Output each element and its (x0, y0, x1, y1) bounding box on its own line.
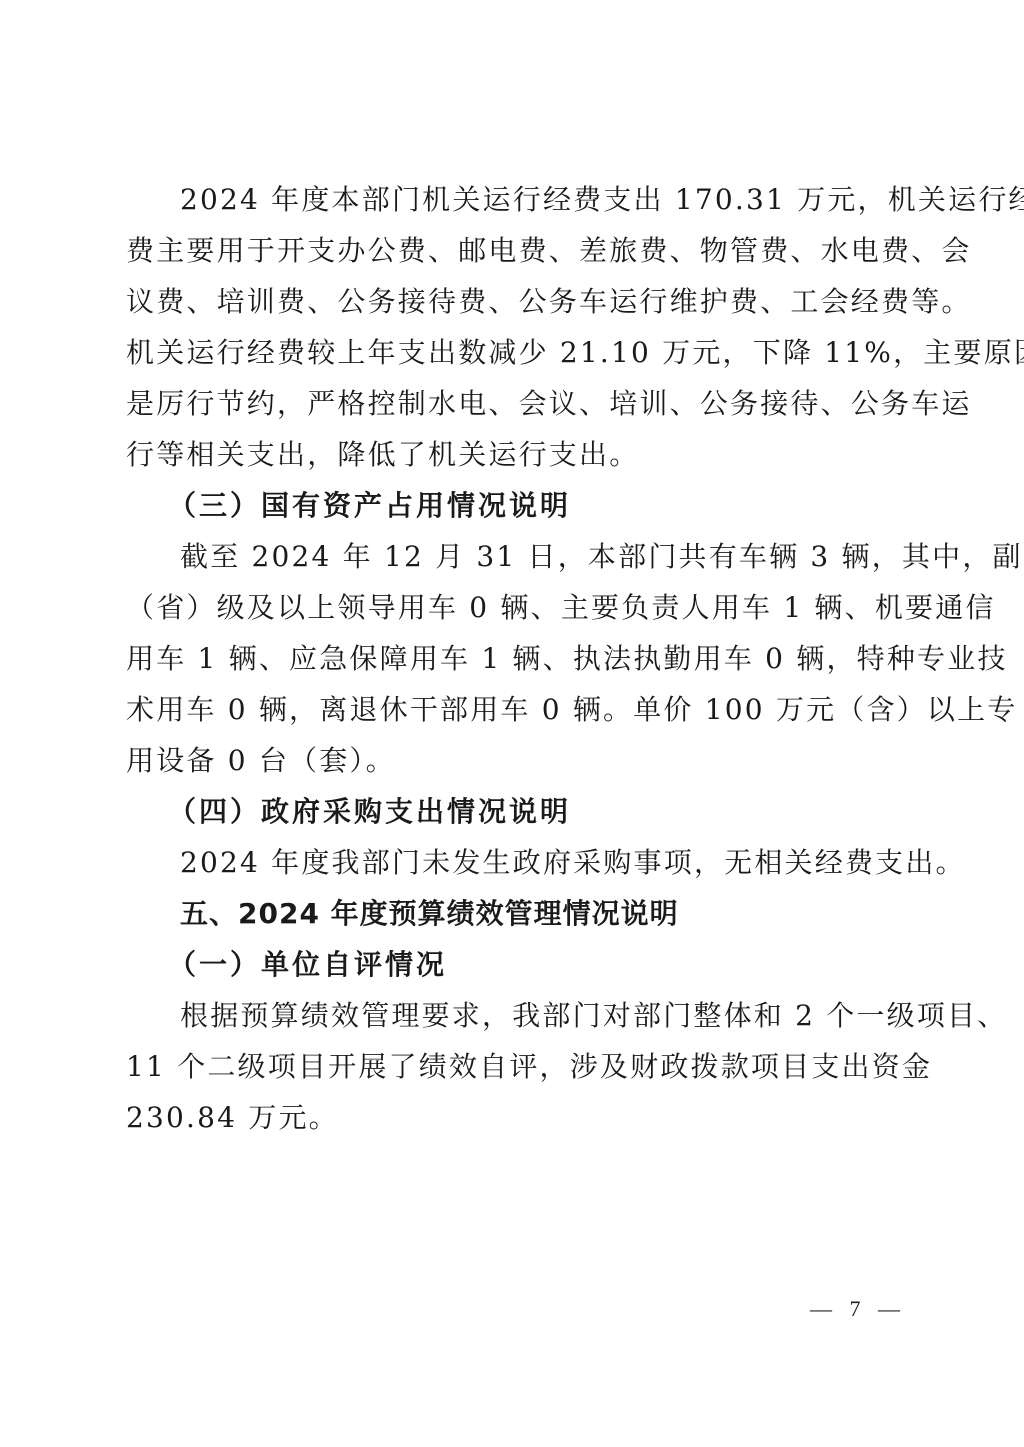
paragraph-line: 用车 1 辆、应急保障用车 1 辆、执法执勤用车 0 辆，特种专业技 (126, 639, 1008, 679)
paragraph-line: 2024 年度本部门机关运行经费支出 170.31 万元，机关运行经 (180, 180, 1024, 220)
paragraph-line: 230.84 万元。 (126, 1098, 339, 1138)
paragraph-line: 行等相关支出，降低了机关运行支出。 (126, 435, 639, 475)
paragraph-line: 截至 2024 年 12 月 31 日，本部门共有车辆 3 辆，其中，副部 (180, 537, 1024, 577)
page-number: — 7 — (810, 1296, 906, 1322)
paragraph-line: 议费、培训费、公务接待费、公务车运行维护费、工会经费等。 (126, 282, 972, 322)
paragraph-line: 机关运行经费较上年支出数减少 21.10 万元，下降 11%，主要原因 (126, 333, 1024, 373)
sub-heading-self-evaluation: （一）单位自评情况 (168, 945, 447, 985)
paragraph-line: 是厉行节约，严格控制水电、会议、培训、公务接待、公务车运 (126, 384, 972, 424)
paragraph-line: 2024 年度我部门未发生政府采购事项，无相关经费支出。 (180, 843, 966, 883)
section-heading-performance: 五、2024 年度预算绩效管理情况说明 (180, 894, 679, 934)
paragraph-line: 根据预算绩效管理要求，我部门对部门整体和 2 个一级项目、 (180, 996, 1007, 1036)
paragraph-line: （省）级及以上领导用车 0 辆、主要负责人用车 1 辆、机要通信 (126, 588, 996, 628)
paragraph-line: 费主要用于开支办公费、邮电费、差旅费、物管费、水电费、会 (126, 231, 972, 271)
section-heading-procurement: （四）政府采购支出情况说明 (168, 792, 571, 832)
paragraph-line: 11 个二级项目开展了绩效自评，涉及财政拨款项目支出资金 (126, 1047, 932, 1087)
paragraph-line: 用设备 0 台（套）。 (126, 741, 396, 781)
paragraph-line: 术用车 0 辆，离退休干部用车 0 辆。单价 100 万元（含）以上专 (126, 690, 1017, 730)
document-page: 2024 年度本部门机关运行经费支出 170.31 万元，机关运行经 费主要用于… (0, 0, 1024, 1447)
section-heading-state-assets: （三）国有资产占用情况说明 (168, 486, 571, 526)
